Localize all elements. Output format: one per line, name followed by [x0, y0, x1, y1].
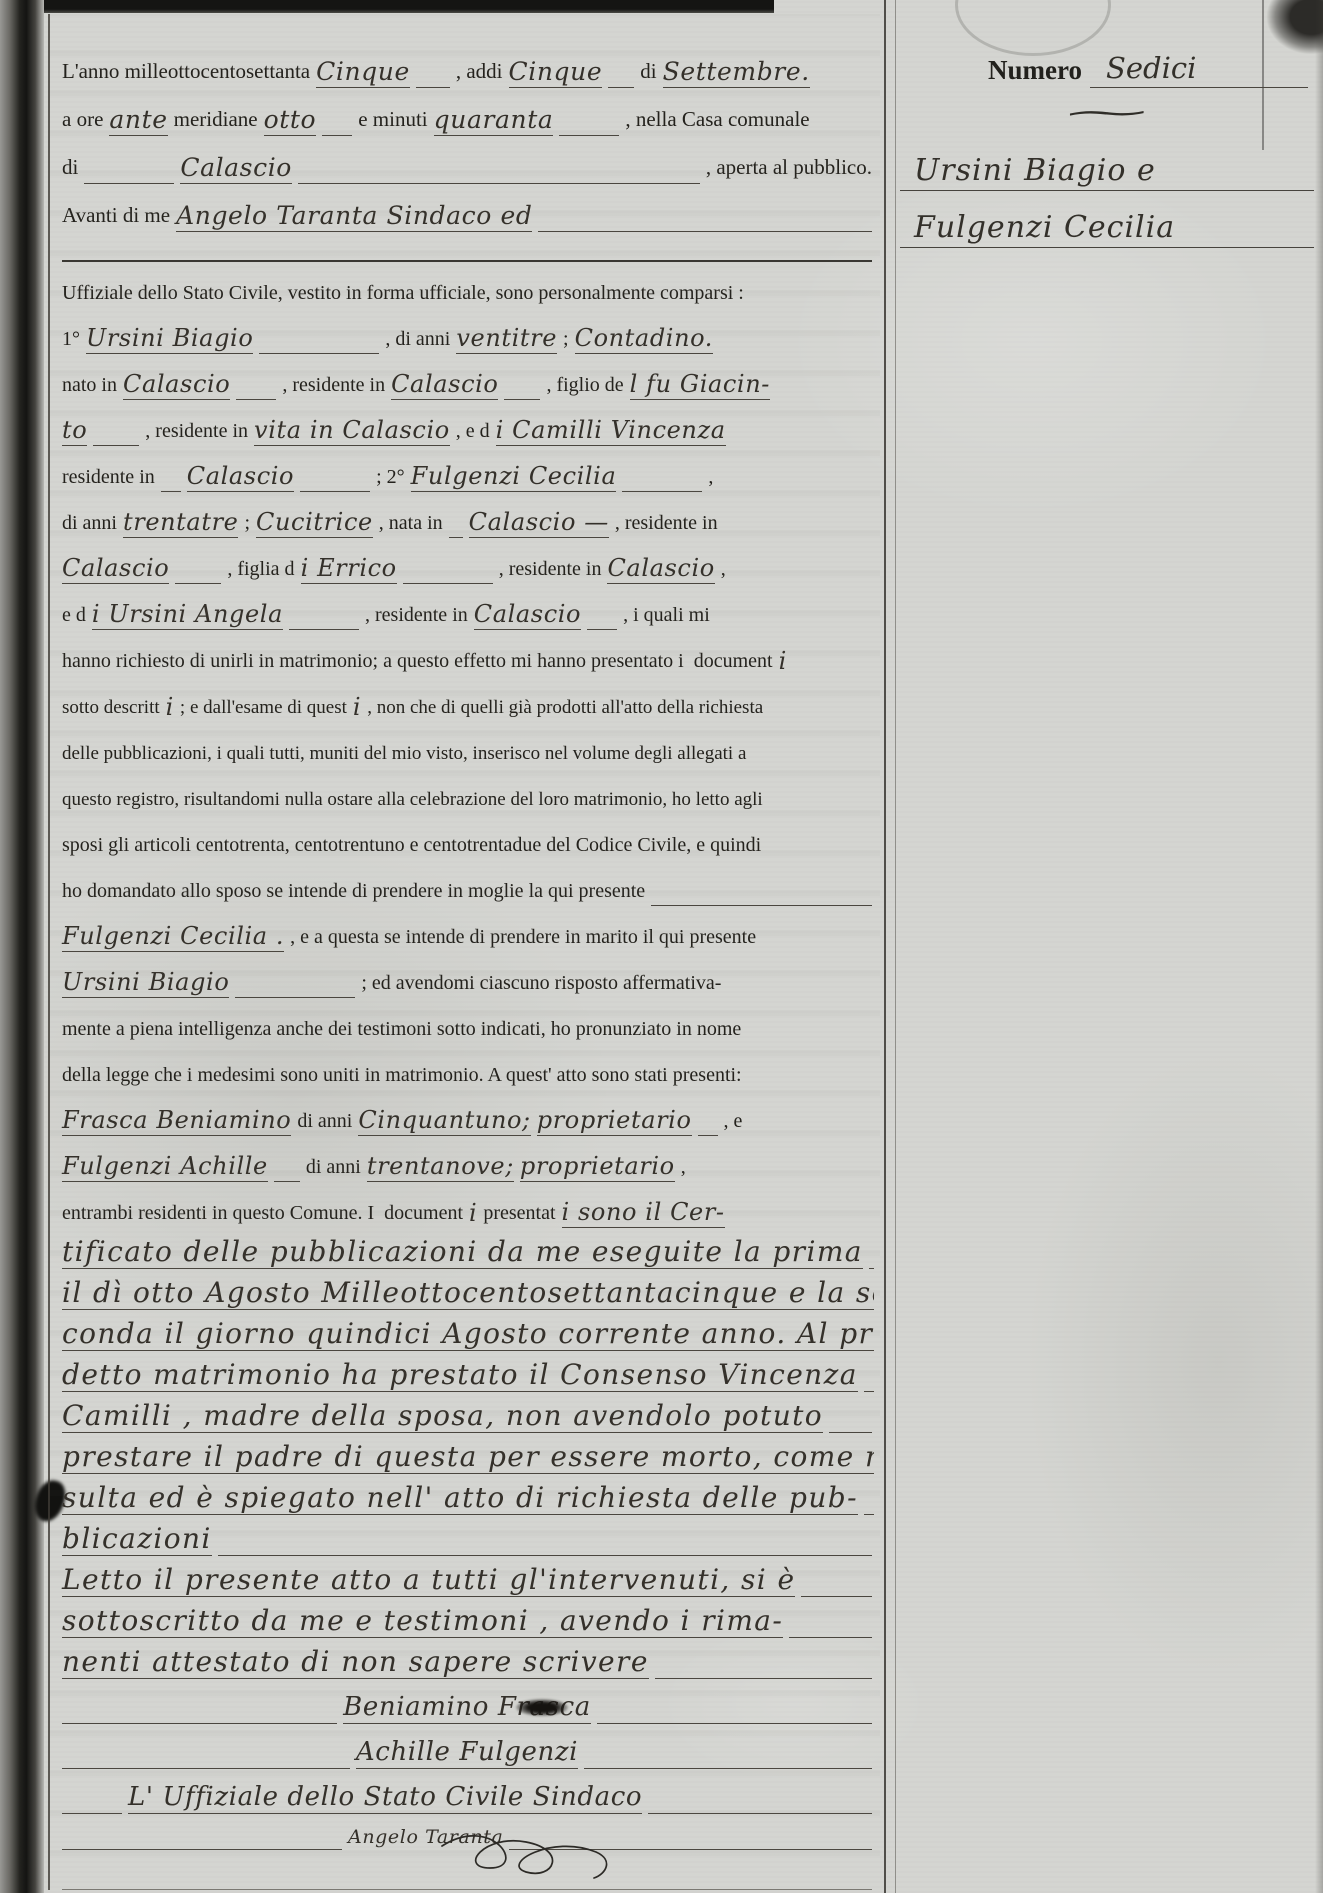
- document-line: sulta ed è spiegato nell' atto di richie…: [60, 1474, 874, 1515]
- printed-text: e d: [62, 604, 86, 630]
- ruled-line: [274, 1169, 300, 1182]
- ruled-line: [62, 1801, 122, 1814]
- document-line: Camilli , madre della sposa, non avendol…: [60, 1392, 874, 1433]
- printed-text: , residente in: [365, 604, 468, 630]
- document-line: diCalascio, aperta al pubblico.: [60, 136, 874, 184]
- printed-text: ,: [721, 558, 726, 584]
- ruled-line: [259, 341, 379, 354]
- bride-name: Fulgenzi Cecilia: [900, 191, 1314, 248]
- ruled-line: [298, 171, 700, 184]
- ruled-line: [587, 617, 617, 630]
- ruled-line: [403, 571, 493, 584]
- act-number-row: Numero Sedici: [900, 38, 1308, 88]
- printed-text: sotto descritt: [62, 697, 160, 722]
- handwritten-text: ante: [109, 107, 167, 136]
- handwritten-text: conda il giorno quindici Agosto corrente…: [62, 1319, 874, 1351]
- printed-text: di: [640, 60, 656, 88]
- column-divider-rule: [884, 0, 896, 1893]
- ruled-line: [236, 387, 276, 400]
- ruled-line: [864, 1379, 874, 1392]
- printed-text: ,: [681, 1156, 686, 1182]
- ruled-line: [829, 1420, 872, 1433]
- ruled-line: [300, 479, 370, 492]
- handwritten-text: sulta ed è spiegato nell' atto di richie…: [62, 1483, 858, 1515]
- printed-text: , i quali mi: [623, 604, 710, 630]
- handwritten-text: ventitre: [456, 326, 557, 354]
- ruled-line: [559, 123, 619, 136]
- document-line: a oreantemeridianeottoe minutiquaranta, …: [60, 88, 874, 136]
- printed-text: questo registro, risultandomi nulla osta…: [62, 789, 763, 814]
- printed-text: ,: [708, 466, 713, 492]
- margin-column: Numero Sedici ~ Ursini Biagio e Fulgenzi…: [900, 16, 1314, 248]
- handwritten-text: Cinque: [316, 59, 410, 88]
- printed-text: nato in: [62, 374, 117, 400]
- document-line: mente a piena intelligenza anche dei tes…: [60, 998, 874, 1044]
- printed-text: , e: [724, 1110, 743, 1136]
- ruled-line: [235, 985, 355, 998]
- printed-text: ; ed avendomi ciascuno risposto affermat…: [361, 972, 721, 998]
- handwritten-text: i: [166, 695, 174, 722]
- handwritten-text: i sono il Cer-: [562, 1200, 725, 1228]
- document-line: hanno richiesto di unirli in matrimonio;…: [60, 630, 874, 676]
- handwritten-text: Calascio: [180, 155, 292, 184]
- handwritten-text: proprietario: [537, 1108, 692, 1136]
- handwritten-text: proprietario: [520, 1154, 675, 1182]
- handwritten-text: Fulgenzi Cecilia: [411, 464, 617, 492]
- handwritten-text: sottoscritto da me e testimoni , avendo …: [62, 1606, 783, 1638]
- printed-text: , addi: [456, 60, 503, 88]
- handwritten-text: Calascio: [123, 372, 230, 400]
- handwritten-text: Ursini Biagio: [62, 970, 229, 998]
- handwritten-text: nenti attestato di non sapere scrivere: [62, 1647, 649, 1679]
- ruled-line: [289, 617, 359, 630]
- ruled-line: [651, 893, 872, 906]
- scan-edge-left: [0, 0, 44, 1893]
- printed-text: mente a piena intelligenza anche dei tes…: [62, 1018, 741, 1044]
- scan-edge-top: [44, 0, 774, 13]
- ruled-line: [161, 479, 181, 492]
- ruled-line: [504, 387, 540, 400]
- document-line: L' Uffiziale dello Stato Civile Sindaco: [60, 1769, 874, 1814]
- document-line: to, residente invita in Calascio, e di C…: [60, 400, 874, 446]
- printed-text: e minuti: [358, 108, 427, 136]
- document-line: conda il giorno quindici Agosto corrente…: [60, 1310, 874, 1351]
- handwritten-text: to: [62, 418, 87, 446]
- document-line: delle pubblicazioni, i quali tutti, muni…: [60, 722, 874, 768]
- printed-text: meridiane: [174, 108, 258, 136]
- ruled-line: [416, 75, 450, 88]
- handwritten-text: Settembre.: [663, 59, 810, 88]
- printed-text: di anni: [306, 1156, 361, 1182]
- printed-text: entrambi residenti in questo Comune. I d…: [62, 1202, 463, 1228]
- numero-label: Numero: [988, 55, 1082, 88]
- printed-text: hanno richiesto di unirli in matrimonio;…: [62, 650, 773, 676]
- handwritten-text: detto matrimonio ha prestato il Consenso…: [62, 1360, 858, 1392]
- printed-text: sposi gli articoli centotrenta, centotre…: [62, 834, 761, 860]
- document-line: il dì otto Agosto Milleottocentosettanta…: [60, 1269, 874, 1310]
- handwritten-text: Ursini Biagio: [86, 326, 253, 354]
- handwritten-text: Calascio —: [469, 510, 609, 538]
- ruled-line: [62, 248, 872, 262]
- handwritten-text: Fulgenzi Cecilia .: [62, 924, 284, 952]
- ruled-line: [584, 1756, 872, 1769]
- ruled-line: [864, 1502, 874, 1515]
- ruled-line: [789, 1625, 872, 1638]
- handwritten-text: vita in Calascio: [254, 418, 450, 446]
- handwritten-text: il dì otto Agosto Milleottocentosettanta…: [62, 1278, 874, 1310]
- printed-text: , figlio de: [546, 374, 623, 400]
- handwritten-text: Camilli , madre della sposa, non avendol…: [62, 1401, 823, 1433]
- document-line: e di Ursini Angela, residente inCalascio…: [60, 584, 874, 630]
- ruled-line: [655, 1666, 872, 1679]
- printed-text: ;: [563, 328, 569, 354]
- ruled-line: [538, 219, 872, 232]
- document-line: Fulgenzi Cecilia ., e a questa se intend…: [60, 906, 874, 952]
- pen-flourish: ~: [900, 92, 1314, 134]
- printed-text: , non che di quelli già prodotti all'att…: [367, 697, 763, 722]
- printed-text: presentat: [483, 1202, 555, 1228]
- ruled-line: [622, 479, 702, 492]
- handwritten-text: i: [779, 649, 787, 676]
- handwritten-text: quaranta: [434, 107, 554, 136]
- printed-text: Uffiziale dello Stato Civile, vestito in…: [62, 282, 744, 308]
- handwritten-text: Frasca Beniamino: [62, 1108, 291, 1136]
- printed-text: , nata in: [379, 512, 443, 538]
- printed-text: , residente in: [282, 374, 385, 400]
- document-line: sottoscritto da me e testimoni , avendo …: [60, 1597, 874, 1638]
- printed-text: Avanti di me: [62, 204, 170, 232]
- printed-text: , aperta al pubblico.: [706, 156, 872, 184]
- document-line: Avanti di meAngelo Taranta Sindaco ed: [60, 184, 874, 232]
- ruled-line: [93, 433, 139, 446]
- handwritten-text: L' Uffiziale dello Stato Civile Sindaco: [128, 1784, 642, 1814]
- document-line: [60, 232, 874, 262]
- document-line: questo registro, risultandomi nulla osta…: [60, 768, 874, 814]
- printed-text: , residente in: [615, 512, 718, 538]
- ruled-line: [62, 1837, 342, 1850]
- document-line: sotto descritti; e dall'esame di questi,…: [60, 676, 874, 722]
- printed-text: ; e dall'esame di quest: [180, 697, 347, 722]
- document-line: 1°Ursini Biagio, di anniventitre;Contadi…: [60, 308, 874, 354]
- document-line: Uffiziale dello Stato Civile, vestito in…: [60, 262, 874, 308]
- ruled-line: [597, 1711, 872, 1724]
- handwritten-text: Calascio: [474, 602, 581, 630]
- document-line: prestare il padre di questa per essere m…: [60, 1433, 874, 1474]
- document-line: nenti attestato di non sapere scrivere: [60, 1638, 874, 1679]
- handwritten-text: Calascio: [391, 372, 498, 400]
- main-column: L'anno milleottocentosettantaCinque, add…: [48, 14, 880, 1890]
- printed-text: , residente in: [499, 558, 602, 584]
- document-line: della legge che i medesimi sono uniti in…: [60, 1044, 874, 1090]
- printed-text: di: [62, 156, 78, 184]
- scan-edge-right: [1315, 0, 1323, 1893]
- handwritten-text: tificato delle pubblicazioni da me esegu…: [62, 1237, 863, 1269]
- document-line: L'anno milleottocentosettantaCinque, add…: [60, 40, 874, 88]
- printed-text: di anni: [62, 512, 117, 538]
- document-line: tificato delle pubblicazioni da me esegu…: [60, 1228, 874, 1269]
- handwritten-text: Cinquantuno;: [358, 1108, 530, 1136]
- ruled-line: [175, 571, 221, 584]
- ruled-line: [322, 123, 352, 136]
- handwritten-text: Calascio: [607, 556, 714, 584]
- printed-text: , residente in: [145, 420, 248, 446]
- document-line: entrambi residenti in questo Comune. I d…: [60, 1182, 874, 1228]
- printed-text: di anni: [297, 1110, 352, 1136]
- handwritten-text: i: [469, 1201, 477, 1228]
- handwritten-text: Angelo Taranta Sindaco ed: [176, 203, 532, 232]
- printed-text: ho domandato allo sposo se intende di pr…: [62, 880, 645, 906]
- groom-name: Ursini Biagio e: [900, 134, 1314, 191]
- ruled-line: [62, 1711, 337, 1724]
- ruled-line: [84, 171, 174, 184]
- handwritten-text: i Errico: [301, 556, 397, 584]
- document-line: ho domandato allo sposo se intende di pr…: [60, 860, 874, 906]
- document-line: nato inCalascio, residente inCalascio, f…: [60, 354, 874, 400]
- ink-blot: [516, 1699, 568, 1716]
- printed-text: residente in: [62, 466, 155, 492]
- handwritten-text: l fu Giacin-: [630, 372, 770, 400]
- signature-flourish: [428, 1826, 638, 1882]
- handwritten-text: trentanove;: [367, 1154, 514, 1182]
- document-line: Letto il presente atto a tutti gl'interv…: [60, 1556, 874, 1597]
- handwritten-text: i Ursini Angela: [92, 602, 283, 630]
- ruled-line: [698, 1123, 718, 1136]
- ruled-line: [62, 1756, 350, 1769]
- act-number-value: Sedici: [1090, 51, 1308, 88]
- printed-text: , di anni: [385, 328, 450, 354]
- handwritten-text: i: [353, 695, 361, 722]
- printed-text: ; 2°: [376, 466, 405, 492]
- handwritten-text: trentatre: [123, 510, 238, 538]
- ruled-line: [801, 1584, 872, 1597]
- printed-text: , nella Casa comunale: [625, 108, 809, 136]
- handwritten-text: Fulgenzi Achille: [62, 1154, 268, 1182]
- ruled-line: [449, 525, 463, 538]
- handwritten-text: Cucitrice: [256, 510, 373, 538]
- document-line: di annitrentatre;Cucitrice, nata inCalas…: [60, 492, 874, 538]
- handwritten-text: Letto il presente atto a tutti gl'interv…: [62, 1565, 795, 1597]
- ruled-line: [218, 1543, 872, 1556]
- document-line: Ursini Biagio; ed avendomi ciascuno risp…: [60, 952, 874, 998]
- handwritten-text: Cinque: [509, 59, 603, 88]
- handwritten-text: i Camilli Vincenza: [496, 418, 726, 446]
- handwritten-text: prestare il padre di questa per essere m…: [62, 1442, 874, 1474]
- document-line: blicazioni: [60, 1515, 874, 1556]
- handwritten-text: Calascio: [62, 556, 169, 584]
- document-line: sposi gli articoli centotrenta, centotre…: [60, 814, 874, 860]
- printed-text: , e d: [456, 420, 490, 446]
- document-line: Fulgenzi Achilledi annitrentanove;propri…: [60, 1136, 874, 1182]
- printed-text: , e a questa se intende di prendere in m…: [290, 926, 756, 952]
- handwritten-text: Achille Fulgenzi: [356, 1739, 578, 1769]
- document-line: Calascio, figlia di Errico, residente in…: [60, 538, 874, 584]
- document-line: detto matrimonio ha prestato il Consenso…: [60, 1351, 874, 1392]
- printed-text: , figlia d: [227, 558, 294, 584]
- document-line: Achille Fulgenzi: [60, 1724, 874, 1769]
- printed-text: ;: [244, 512, 250, 538]
- ruled-line: [869, 1256, 874, 1269]
- printed-text: delle pubblicazioni, i quali tutti, muni…: [62, 743, 746, 768]
- printed-text: 1°: [62, 328, 80, 354]
- document-line: Beniamino Frasca: [60, 1679, 874, 1724]
- handwritten-text: blicazioni: [62, 1524, 212, 1556]
- document-line: Frasca Beniaminodi anniCinquantuno;propr…: [60, 1090, 874, 1136]
- ruled-line: [608, 75, 634, 88]
- printed-text: L'anno milleottocentosettanta: [62, 60, 310, 88]
- printed-text: a ore: [62, 108, 103, 136]
- ruled-line: [648, 1801, 872, 1814]
- document-line: residente inCalascio; 2°Fulgenzi Cecilia…: [60, 446, 874, 492]
- scanned-document-page: L'anno milleottocentosettantaCinque, add…: [0, 0, 1323, 1893]
- handwritten-text: Calascio: [187, 464, 294, 492]
- printed-text: della legge che i medesimi sono uniti in…: [62, 1064, 742, 1090]
- handwritten-text: otto: [264, 107, 317, 136]
- handwritten-text: Contadino.: [575, 326, 713, 354]
